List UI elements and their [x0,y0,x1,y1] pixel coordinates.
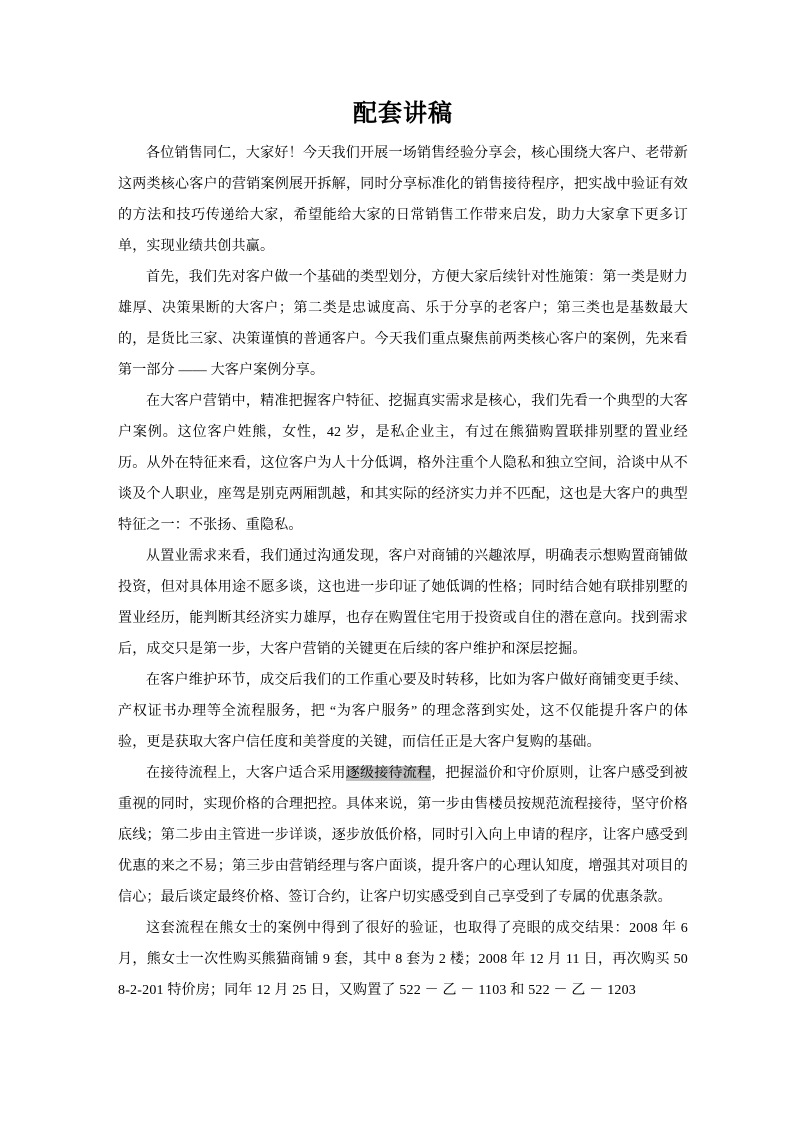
reception-flow-text-before: 在接待流程上，大客户适合采用 [146,766,346,781]
paragraph-intro: 各位销售同仁，大家好！今天我们开展一场销售经验分享会，核心围绕大客户、老带新这两… [118,138,688,262]
document-page: 配套讲稿 各位销售同仁，大家好！今天我们开展一场销售经验分享会，核心围绕大客户、… [0,0,794,1123]
paragraph-customer-maintenance: 在客户维护环节，成交后我们的工作重心要及时转移，比如为客户做好商铺变更手续、产权… [118,665,688,758]
paragraph-case-profile: 在大客户营销中，精准把握客户特征、挖掘真实需求是核心，我们先看一个典型的大客户案… [118,386,688,541]
paragraph-demand-analysis: 从置业需求来看，我们通过沟通发现，客户对商铺的兴趣浓厚，明确表示想购置商铺做投资… [118,541,688,665]
reception-flow-highlighted-term: 逐级接待流程 [346,766,432,781]
paragraph-reception-flow: 在接待流程上，大客户适合采用逐级接待流程，把握溢价和守价原则，让客户感受到被重视… [118,758,688,913]
paragraph-customer-classification: 首先，我们先对客户做一个基础的类型划分，方便大家后续针对性施策：第一类是财力雄厚… [118,262,688,386]
document-title: 配套讲稿 [118,98,688,130]
reception-flow-text-after: ，把握溢价和守价原则，让客户感受到被重视的同时，实现价格的合理把控。具体来说，第… [118,766,688,905]
paragraph-deal-results: 这套流程在熊女士的案例中得到了很好的验证，也取得了亮眼的成交结果：2008 年 … [118,913,688,1006]
